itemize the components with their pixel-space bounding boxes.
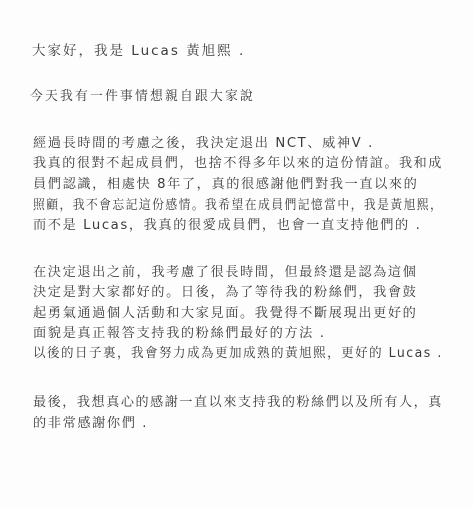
paragraph-2-line-3: 起勇氣通過個人活動和大家見面。我覺得不斷展現出更好的 [33, 306, 417, 322]
letter-page: 大家好，我是 Lucas 黃旭熙 . 今天我有一件事情想親自跟大家說 經過長時間… [0, 0, 474, 507]
paragraph-2-line-5: 以後的日子裏，我會努力成為更加成熟的黃旭熙，更好的 Lucas . [33, 346, 443, 362]
paragraph-2-line-4: 面貌是真正報答支持我的粉絲們最好的方法 . [33, 326, 326, 342]
paragraph-2-line-2: 決定是對大家都好的。日後，為了等待我的粉絲們，我會鼓 [33, 285, 417, 301]
paragraph-1-line-4: 照顧，我不會忘記這份感情。我希望在成員們記憶當中，我是黃旭熙， [33, 198, 443, 214]
paragraph-1-line-1: 經過長時間的考慮之後，我決定退出 NCT、威神V . [33, 136, 374, 152]
greeting-line: 大家好，我是 Lucas 黃旭熙 . [32, 43, 245, 59]
intro-line: 今天我有一件事情想親自跟大家說 [30, 89, 255, 105]
paragraph-3-line-1: 最後，我想真心的感謝一直以來支持我的粉絲們以及所有人，真 [33, 395, 443, 411]
paragraph-1-line-5: 而不是 Lucas，我真的很愛成員們，也會一直支持他們的 . [33, 218, 421, 234]
paragraph-1-line-3: 員們認識，相處快 8年了，真的很感謝他們對我一直以來的 [33, 177, 418, 193]
paragraph-3-line-2: 的非常感謝你們 . [33, 416, 148, 432]
paragraph-1-line-2: 我真的很對不起成員們，也捨不得多年以來的這份情誼。我和成 [33, 156, 443, 172]
paragraph-2-line-1: 在決定退出之前，我考慮了很長時間，但最終還是認為這個 [33, 265, 417, 281]
